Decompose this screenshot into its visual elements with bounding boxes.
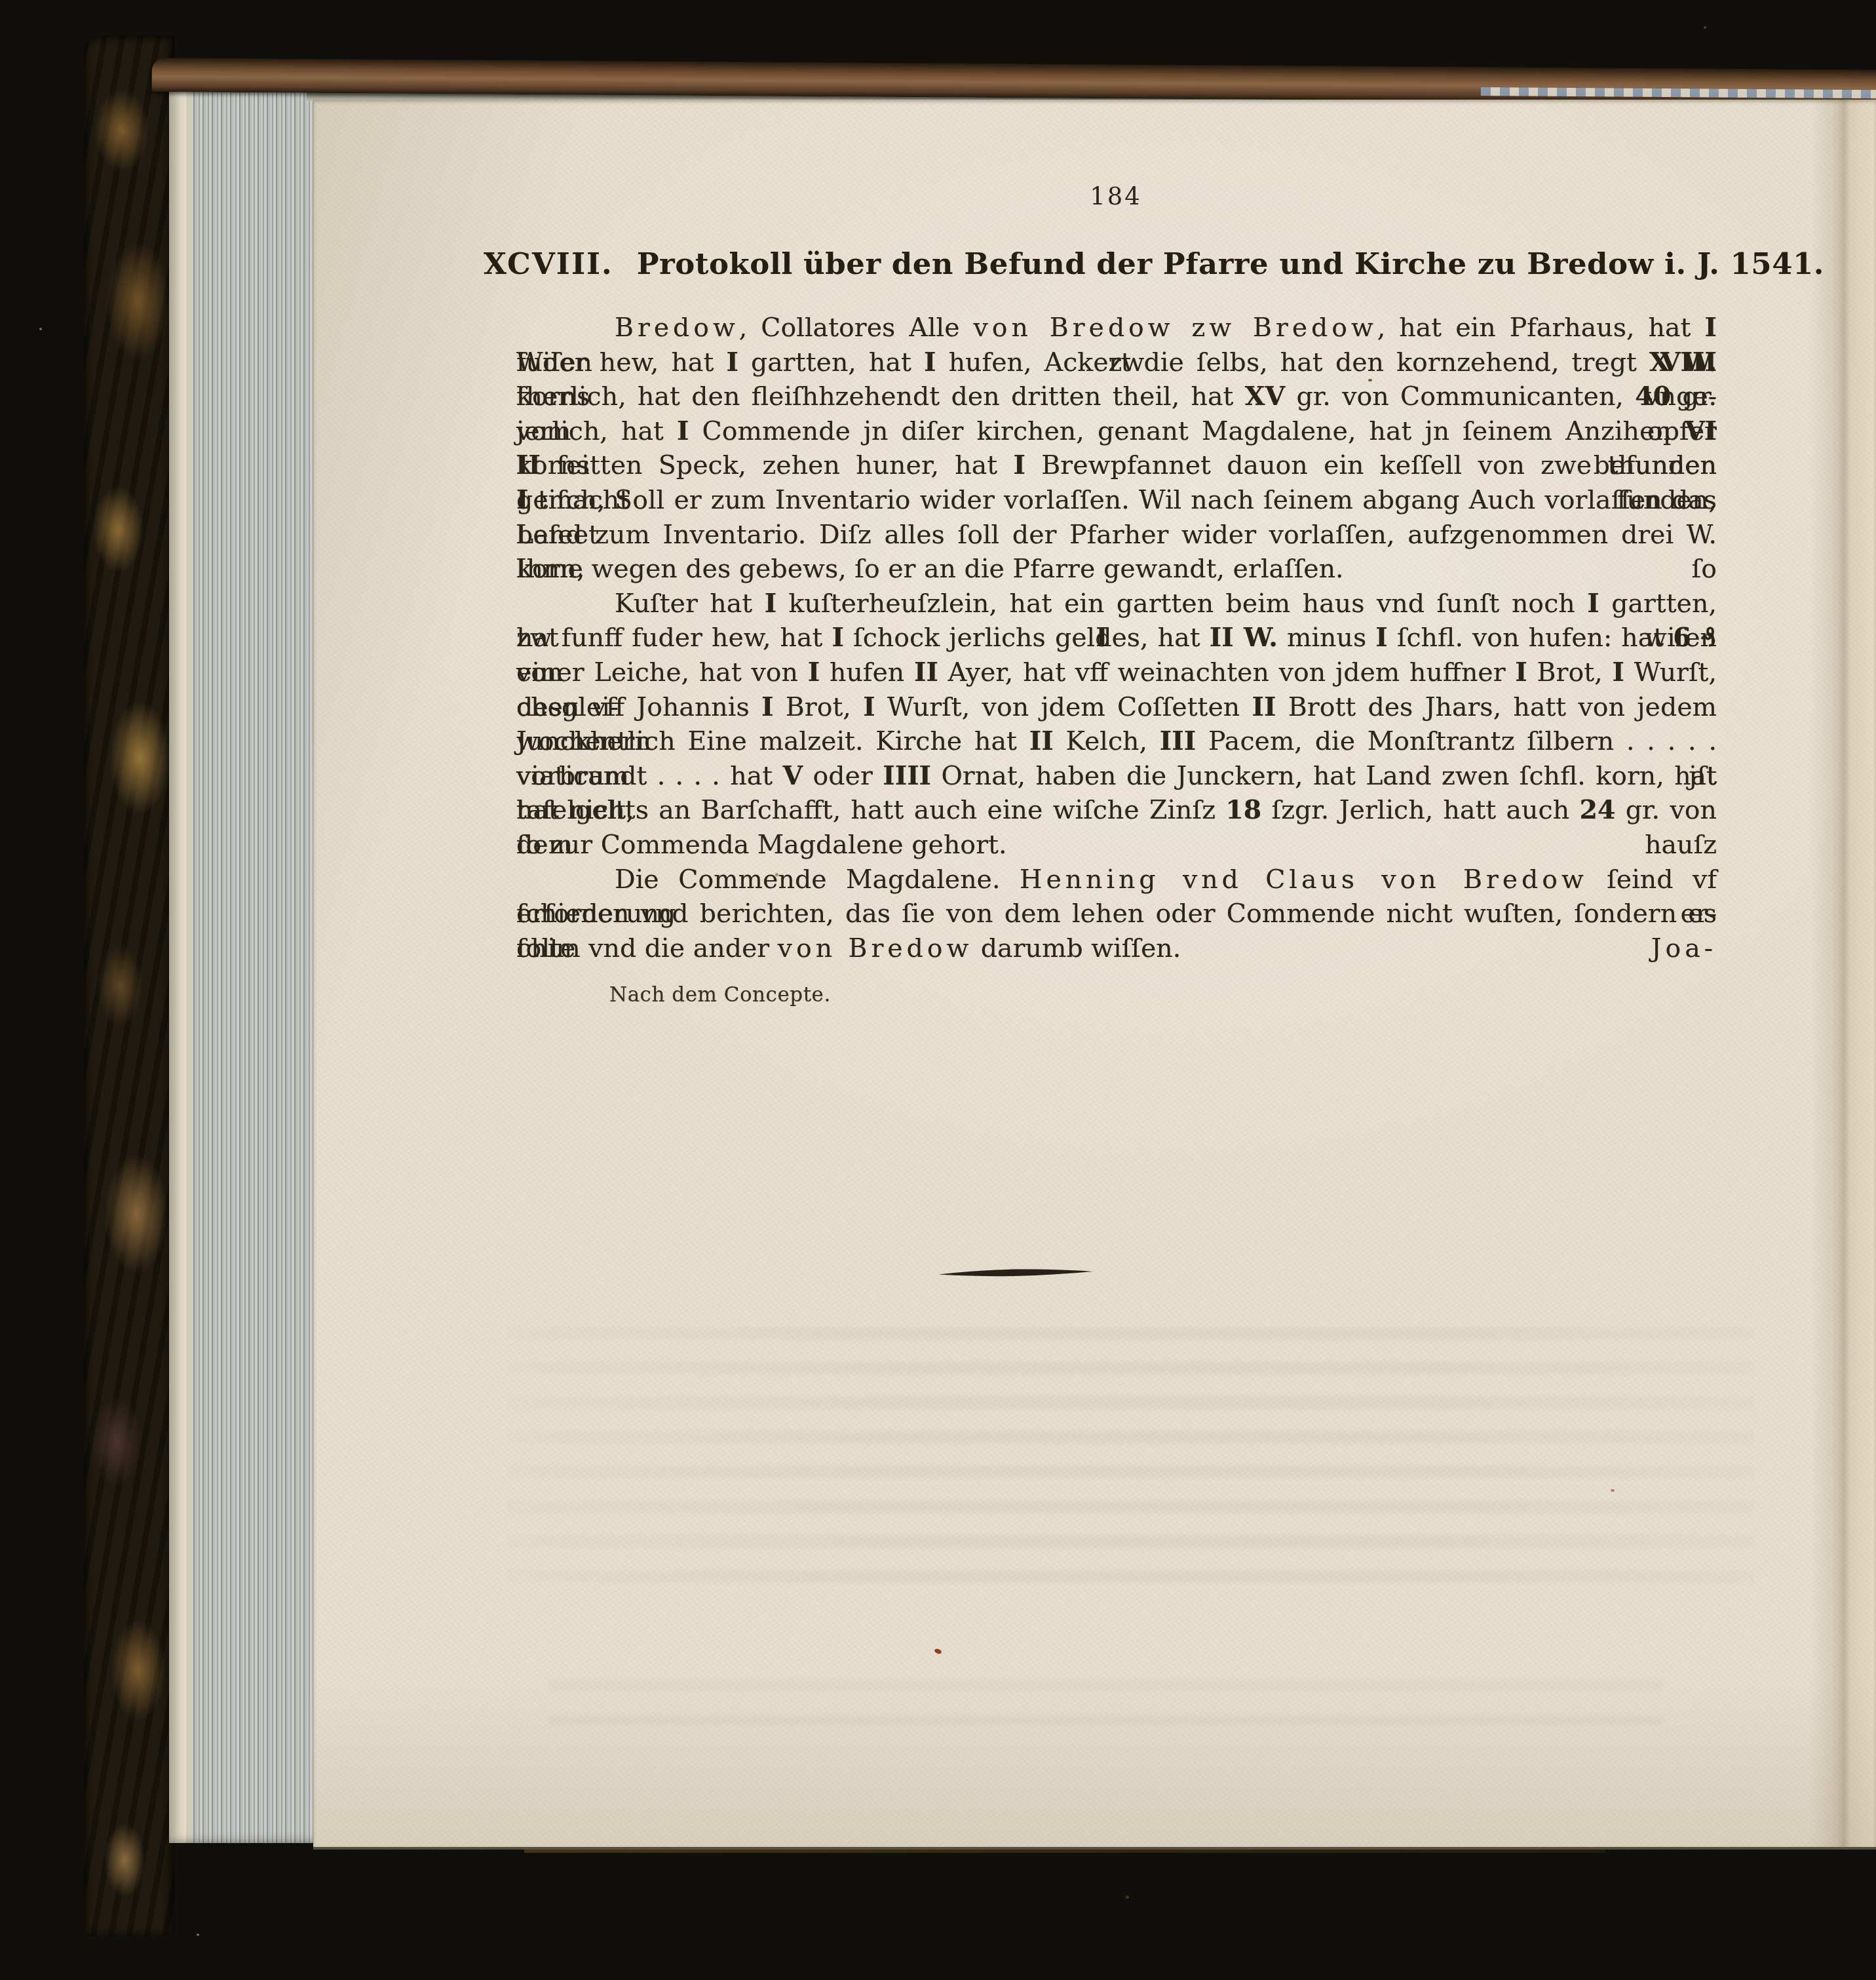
paper-fleck: [1126, 1895, 1129, 1899]
gutter-crease: [1810, 100, 1875, 1847]
text-line: vorbrandt . . . . hat V oder IIII Ornat,…: [516, 759, 1717, 794]
document-number: XCVIII.: [484, 246, 613, 281]
page-fore-edge-stack: [169, 59, 330, 1843]
text-line: hat nichts an Barſchafft, hatt auch eine…: [516, 793, 1717, 828]
book-scan-scene: 184 XCVIII.Protokoll über den Befund der…: [0, 0, 1876, 1980]
text-line: Kuſter hat I kuſterheuſzlein, hat ein ga…: [516, 587, 1717, 621]
verso-showthrough-line: [549, 1679, 1663, 1725]
text-line: fuder hew, hat I gartten, hat I hufen, A…: [516, 345, 1717, 380]
dust-speck: [39, 328, 42, 330]
text-line: wochentlich Eine malzeit. Kirche hat II …: [516, 724, 1717, 759]
paper-fleck: [1368, 379, 1372, 381]
text-line: II ſeitten Speck, zehen huner, hat I Bre…: [516, 448, 1717, 483]
text-block: Bredow, Collatores Alle von Bredow zw Br…: [516, 311, 1717, 965]
text-line: Bredow, Collatores Alle von Bredow zw Br…: [516, 311, 1717, 345]
paper-fleck: [775, 873, 778, 876]
text-line: Land zum Inventario. Diſz alles ſoll der…: [516, 518, 1717, 553]
book-cover-marbled-edge: [84, 35, 174, 1936]
text-line: jerlich, hat I Commende jn diſer kirchen…: [516, 414, 1717, 449]
cover-bottom-edge-line: [524, 1850, 1605, 1853]
verso-showthrough-band: [507, 1327, 1755, 1602]
text-line: fherlich, hat den fleiſhhzehendt den dri…: [516, 379, 1717, 414]
book-page: 184 XCVIII.Protokoll über den Befund der…: [313, 100, 1876, 1850]
paper-fleck: [934, 1648, 942, 1654]
separator-swelled-rule: [937, 1266, 1094, 1279]
dust-speck: [197, 1933, 199, 1936]
dust-speck: [1704, 26, 1706, 29]
text-line: einer Leiche, hat von I hufen II Ayer, h…: [516, 655, 1717, 690]
text-line: Die Commende Magdalene. Henning vnd Clau…: [516, 863, 1717, 897]
text-line: I tiſch, Soll er zum Inventario wider vo…: [516, 483, 1717, 518]
page-number: 184: [516, 182, 1715, 210]
text-line: zw funff fuder hew, hat I ſchock jerlich…: [516, 621, 1717, 655]
text-line: chen vff Johannis I Brot, I Wurſt, von j…: [516, 690, 1717, 725]
document-title: Protokoll über den Befund der Pfarre und…: [637, 246, 1824, 281]
source-note: Nach dem Concepte.: [609, 983, 831, 1007]
document-heading: XCVIII.Protokoll über den Befund der Pfa…: [484, 246, 1748, 281]
text-line: ſchienen vnd berichten, das ſie von dem …: [516, 897, 1717, 931]
paper-fleck: [1611, 1489, 1615, 1492]
